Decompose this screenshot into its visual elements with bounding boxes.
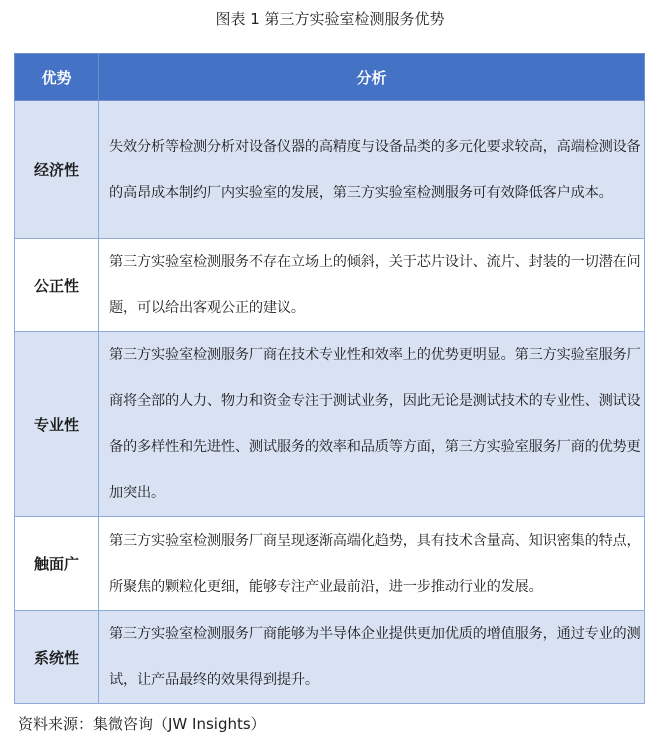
advantage-cell: 系统性: [15, 611, 99, 704]
analysis-cell: 第三方实验室检测服务厂商呈现逐渐高端化趋势，具有技术含量高、知识密集的特点，所聚…: [99, 517, 645, 611]
advantage-cell: 触面广: [15, 517, 99, 611]
table-row: 系统性 第三方实验室检测服务厂商能够为半导体企业提供更加优质的增值服务，通过专业…: [15, 611, 645, 704]
analysis-cell: 第三方实验室检测服务厂商能够为半导体企业提供更加优质的增值服务，通过专业的测试，…: [99, 611, 645, 704]
analysis-cell: 失效分析等检测分析对设备仪器的高精度与设备品类的多元化要求较高，高端检测设备的高…: [99, 101, 645, 239]
table-row: 经济性 失效分析等检测分析对设备仪器的高精度与设备品类的多元化要求较高，高端检测…: [15, 101, 645, 239]
source-note: 资料来源：集微咨询（JW Insights）: [18, 712, 266, 736]
column-header-analysis: 分析: [99, 54, 645, 101]
table-header-row: 优势 分析: [15, 54, 645, 101]
table-row: 公正性 第三方实验室检测服务不存在立场上的倾斜，关于芯片设计、流片、封装的一切潜…: [15, 239, 645, 332]
analysis-cell: 第三方实验室检测服务不存在立场上的倾斜，关于芯片设计、流片、封装的一切潜在问题，…: [99, 239, 645, 332]
advantage-cell: 公正性: [15, 239, 99, 332]
figure-title: 图表 1 第三方实验室检测服务优势: [0, 8, 660, 30]
analysis-cell: 第三方实验室检测服务厂商在技术专业性和效率上的优势更明显。第三方实验室服务厂商将…: [99, 332, 645, 517]
table-row: 专业性 第三方实验室检测服务厂商在技术专业性和效率上的优势更明显。第三方实验室服…: [15, 332, 645, 517]
column-header-advantage: 优势: [15, 54, 99, 101]
advantage-cell: 专业性: [15, 332, 99, 517]
advantage-cell: 经济性: [15, 101, 99, 239]
table-row: 触面广 第三方实验室检测服务厂商呈现逐渐高端化趋势，具有技术含量高、知识密集的特…: [15, 517, 645, 611]
advantages-table: 优势 分析 经济性 失效分析等检测分析对设备仪器的高精度与设备品类的多元化要求较…: [14, 53, 645, 704]
